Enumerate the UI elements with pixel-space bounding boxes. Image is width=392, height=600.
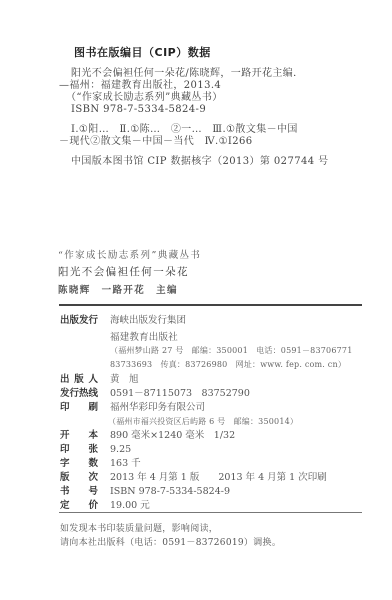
- publisher-group: 海峡出版发行集团: [110, 315, 186, 326]
- sheets: 9.25: [110, 444, 131, 455]
- notice-line: 请向本社出版科（电话：0591－83726019）调换。: [60, 535, 281, 548]
- printer-label: 印刷: [60, 401, 98, 414]
- hotline-label: 发行热线: [60, 387, 110, 400]
- cip-bibliographic-line: （“作家成长励志系列”典藏丛书）: [66, 92, 223, 104]
- cip-bibliographic-line: —福州：福建教育出版社，2013.4: [59, 80, 221, 92]
- book-title: 阳光不会偏袒任何一朵花: [58, 264, 189, 279]
- printer: 福州华彩印务有限公司: [110, 402, 205, 413]
- printer-address: （福州市福兴投资区后屿路 6 号 邮编：350014）: [108, 416, 298, 427]
- publisher-person-label: 出版人: [60, 373, 98, 386]
- publisher-house: 福建教育出版社: [110, 329, 178, 343]
- colophon-publisher-row: 出版发行海峡出版发行集团: [60, 314, 186, 327]
- cip-isbn-line: ISBN 978-7-5334-5824-9: [71, 104, 206, 116]
- cip-classification-line: －现代②散文集－中国－当代 Ⅳ.①I266: [59, 136, 253, 148]
- colophon-publisher-person-row: 出版人 黄 旭: [60, 373, 139, 386]
- cip-bibliographic-line: 阳光不会偏袒任何一朵花/陈晓辉，一路开花主编．: [71, 68, 304, 80]
- colophon-words-row: 字数 163 千: [60, 457, 141, 470]
- colophon-isbn-row: 书号 ISBN 978-7-5334-5824-9: [60, 485, 230, 498]
- hotline: 0591－87115073 83752790: [110, 388, 250, 399]
- cip-library-record: 中国版本图书馆 CIP 数据核字（2013）第 027744 号: [71, 156, 328, 168]
- isbn: ISBN 978-7-5334-5824-9: [110, 486, 230, 497]
- words: 163 千: [110, 458, 141, 469]
- publisher-label: 出版发行: [60, 314, 110, 327]
- series-name: “作家成长励志系列”典藏丛书: [58, 247, 201, 261]
- colophon-price-row: 定价 19.00 元: [60, 499, 150, 512]
- format: 890 毫米×1240 毫米 1/32: [110, 430, 235, 441]
- cip-classification-line: Ⅰ.①阳… Ⅱ.①陈… ②一… Ⅲ.①散文集－中国: [71, 124, 298, 136]
- bottom-divider: [59, 512, 362, 513]
- price-label: 定价: [60, 499, 98, 512]
- colophon-sheets-row: 印张 9.25: [60, 443, 131, 456]
- colophon-hotline-row: 发行热线0591－87115073 83752790: [60, 387, 250, 400]
- isbn-label: 书号: [60, 485, 98, 498]
- edition: 2013 年 4 月第 1 版 2013 年 4 月第 1 次印刷: [110, 472, 327, 483]
- publisher-person: 黄 旭: [110, 374, 139, 385]
- publisher-contact: 83733693 传真：83726980 网址：www. fep. com. c…: [110, 359, 346, 370]
- edition-label: 版次: [60, 471, 98, 484]
- words-label: 字数: [60, 457, 98, 470]
- price: 19.00 元: [110, 500, 150, 511]
- sheets-label: 印张: [60, 443, 98, 456]
- colophon-edition-row: 版次 2013 年 4 月第 1 版 2013 年 4 月第 1 次印刷: [60, 471, 327, 484]
- colophon-format-row: 开本 890 毫米×1240 毫米 1/32: [60, 429, 235, 442]
- publisher-address: （福州梦山路 27 号 邮编：350001 电话：0591－83706771: [110, 345, 352, 356]
- editors: 陈晓辉 一路开花 主编: [58, 282, 178, 296]
- notice-line: 如发现本书印装质量问题，影响阅读，: [60, 521, 218, 534]
- top-divider: [59, 304, 362, 306]
- cip-title: 图书在版编目（CIP）数据: [74, 44, 211, 60]
- format-label: 开本: [60, 429, 98, 442]
- colophon-printer-row: 印刷 福州华彩印务有限公司: [60, 401, 205, 414]
